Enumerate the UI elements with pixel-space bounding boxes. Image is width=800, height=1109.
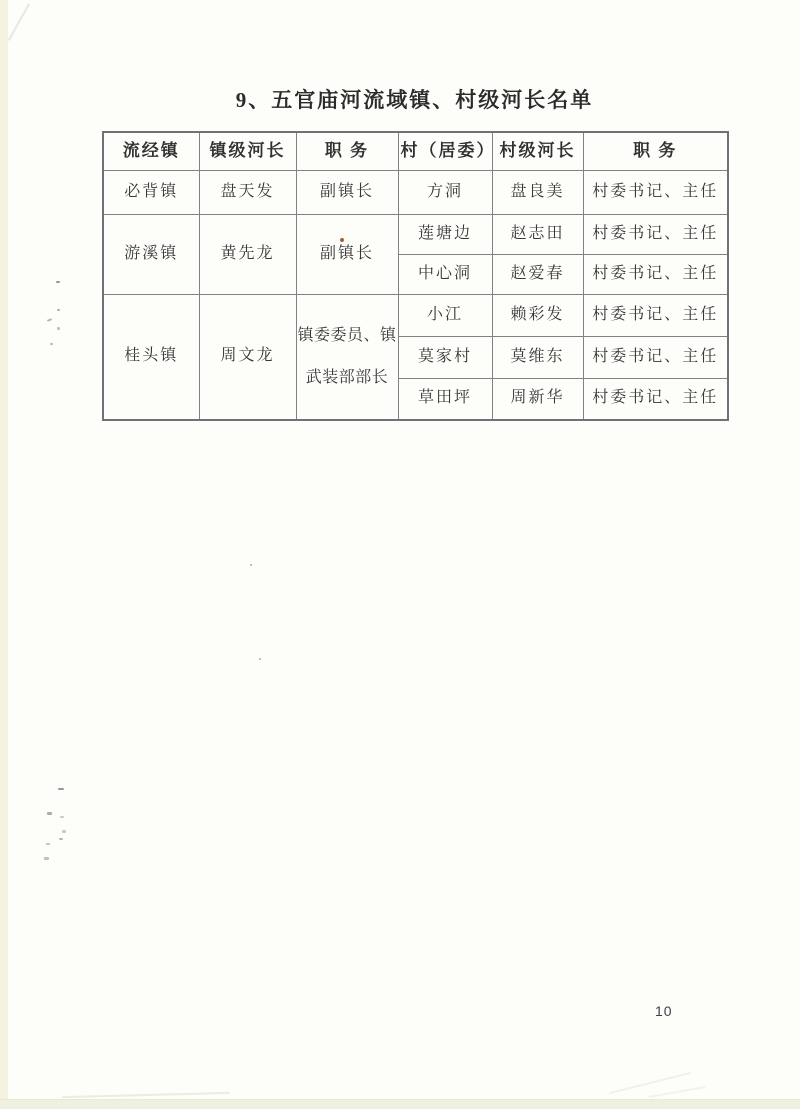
scan-speck xyxy=(44,857,49,860)
cell-town-chief-position: 副镇长 xyxy=(296,214,398,294)
cell-village: 莲塘边 xyxy=(398,214,492,254)
col-header-town-chief-position: 职 务 xyxy=(296,132,398,170)
scan-smudge xyxy=(609,1072,691,1094)
cell-village-chief: 赖彩发 xyxy=(492,294,583,336)
scan-speck xyxy=(56,281,60,283)
page-number: 10 xyxy=(655,1003,673,1019)
scan-smudge xyxy=(62,1092,230,1098)
table-row: 必背镇 盘天发 副镇长 方洞 盘良美 村委书记、主任 xyxy=(103,170,728,214)
cell-village: 方洞 xyxy=(398,170,492,214)
table-header-row: 流经镇 镇级河长 职 务 村（居委） 村级河长 职 务 xyxy=(103,132,728,170)
cell-village-chief: 赵志田 xyxy=(492,214,583,254)
cell-village-chief: 盘良美 xyxy=(492,170,583,214)
scanned-document-page: 9、五官庙河流域镇、村级河长名单 流经镇 镇级河长 职 务 村（居委） 村级河长… xyxy=(0,0,800,1109)
toner-dot xyxy=(259,658,261,660)
scan-speck xyxy=(59,838,63,840)
scan-edge-bottom xyxy=(0,1099,800,1109)
cell-village-chief-position: 村委书记、主任 xyxy=(583,214,728,254)
scan-speck xyxy=(57,327,60,330)
cell-village: 小江 xyxy=(398,294,492,336)
cell-village-chief-position: 村委书记、主任 xyxy=(583,170,728,214)
cell-town-chief: 周文龙 xyxy=(199,294,296,420)
document-title: 9、五官庙河流域镇、村级河长名单 xyxy=(102,84,727,114)
cell-village: 莫家村 xyxy=(398,336,492,378)
river-chiefs-table: 流经镇 镇级河长 职 务 村（居委） 村级河长 职 务 必背镇 盘天发 副镇长 … xyxy=(102,131,729,421)
col-header-village-chief: 村级河长 xyxy=(492,132,583,170)
scan-speck xyxy=(46,843,50,845)
scan-speck xyxy=(57,309,60,311)
scan-fold-line xyxy=(8,3,30,41)
col-header-village-chief-position: 职 务 xyxy=(583,132,728,170)
cell-town: 游溪镇 xyxy=(103,214,199,294)
scan-edge-left xyxy=(0,0,8,1109)
cell-village-chief-position: 村委书记、主任 xyxy=(583,294,728,336)
cell-town: 必背镇 xyxy=(103,170,199,214)
scan-speck xyxy=(50,343,53,345)
cell-village: 草田坪 xyxy=(398,378,492,420)
scan-speck xyxy=(58,788,64,790)
cell-town-chief-position: 镇委委员、镇武装部部长 xyxy=(296,294,398,420)
scan-speck xyxy=(60,816,64,818)
toner-dot xyxy=(250,564,252,566)
col-header-village: 村（居委） xyxy=(398,132,492,170)
cell-town-chief: 盘天发 xyxy=(199,170,296,214)
scan-speck xyxy=(62,830,66,833)
cell-town: 桂头镇 xyxy=(103,294,199,420)
table-row: 游溪镇 黄先龙 副镇长 莲塘边 赵志田 村委书记、主任 xyxy=(103,214,728,254)
cell-village-chief-position: 村委书记、主任 xyxy=(583,378,728,420)
cell-village-chief-position: 村委书记、主任 xyxy=(583,336,728,378)
cell-village-chief: 赵爱春 xyxy=(492,254,583,294)
col-header-town-chief: 镇级河长 xyxy=(199,132,296,170)
cell-village-chief-position: 村委书记、主任 xyxy=(583,254,728,294)
col-header-town: 流经镇 xyxy=(103,132,199,170)
cell-village-chief: 莫维东 xyxy=(492,336,583,378)
cell-village-chief: 周新华 xyxy=(492,378,583,420)
scan-smudge xyxy=(648,1086,705,1098)
scan-speck xyxy=(47,318,52,322)
cell-village: 中心洞 xyxy=(398,254,492,294)
cell-town-chief-position: 副镇长 xyxy=(296,170,398,214)
cell-town-chief: 黄先龙 xyxy=(199,214,296,294)
scan-speck xyxy=(47,812,52,815)
table-row: 桂头镇 周文龙 镇委委员、镇武装部部长 小江 赖彩发 村委书记、主任 xyxy=(103,294,728,336)
